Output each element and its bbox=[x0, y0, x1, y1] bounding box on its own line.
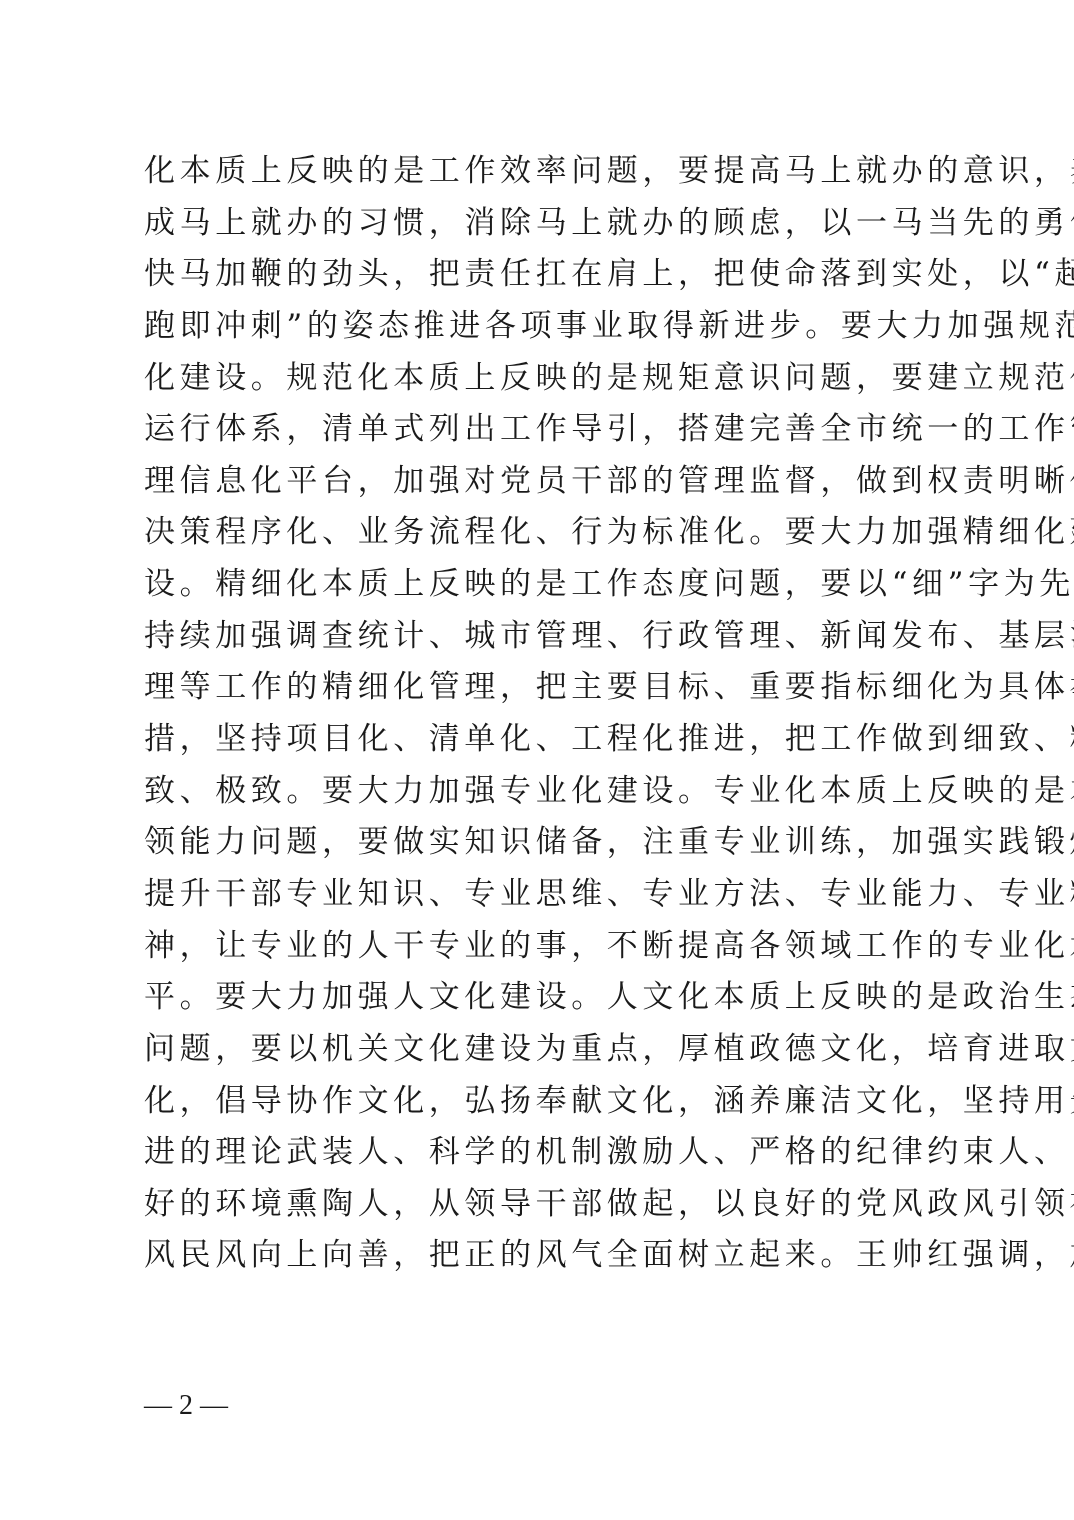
text-line: 措，坚持项目化、清单化、工程化推进，把工作做到细致、精 bbox=[144, 714, 934, 766]
text-line: 进的理论武装人、科学的机制激励人、严格的纪律约束人、良 bbox=[144, 1127, 934, 1179]
text-line: 理等工作的精细化管理，把主要目标、重要指标细化为具体举 bbox=[144, 662, 934, 714]
text-line: 理信息化平台，加强对党员干部的管理监督，做到权责明晰化、 bbox=[144, 456, 934, 508]
text-line: 提升干部专业知识、专业思维、专业方法、专业能力、专业精 bbox=[144, 869, 934, 921]
text-line: 致、极致。要大力加强专业化建设。专业化本质上反映的是本 bbox=[144, 766, 934, 818]
text-line: 风民风向上向善，把正的风气全面树立起来。王帅红强调，加 bbox=[144, 1230, 934, 1282]
text-line: 问题，要以机关文化建设为重点，厚植政德文化，培育进取文 bbox=[144, 1024, 934, 1076]
text-line: 化建设。规范化本质上反映的是规矩意识问题，要建立规范化 bbox=[144, 353, 934, 405]
text-line: 平。要大力加强人文化建设。人文化本质上反映的是政治生态 bbox=[144, 972, 934, 1024]
text-line: 持续加强调查统计、城市管理、行政管理、新闻发布、基层治 bbox=[144, 611, 934, 663]
text-line: 快马加鞭的劲头，把责任扛在肩上，把使命落到实处，以“起 bbox=[144, 249, 934, 301]
text-line: 决策程序化、业务流程化、行为标准化。要大力加强精细化建 bbox=[144, 507, 934, 559]
text-line: 好的环境熏陶人，从领导干部做起，以良好的党风政风引领社 bbox=[144, 1179, 934, 1231]
text-line: 化，倡导协作文化，弘扬奉献文化，涵养廉洁文化，坚持用先 bbox=[144, 1076, 934, 1128]
body-paragraph: 化本质上反映的是工作效率问题，要提高马上就办的意识，养 成马上就办的习惯，消除马… bbox=[144, 146, 934, 1282]
text-line: 跑即冲刺”的姿态推进各项事业取得新进步。要大力加强规范 bbox=[144, 301, 934, 353]
text-line: 成马上就办的习惯，消除马上就办的顾虑，以一马当先的勇气、 bbox=[144, 198, 934, 250]
page-number: — 2 — bbox=[144, 1390, 228, 1422]
text-line: 神，让专业的人干专业的事，不断提高各领域工作的专业化水 bbox=[144, 921, 934, 973]
text-line: 运行体系，清单式列出工作导引，搭建完善全市统一的工作管 bbox=[144, 404, 934, 456]
text-line: 领能力问题，要做实知识储备，注重专业训练，加强实践锻炼， bbox=[144, 817, 934, 869]
document-page: 化本质上反映的是工作效率问题，要提高马上就办的意识，养 成马上就办的习惯，消除马… bbox=[0, 0, 1074, 1520]
text-line: 化本质上反映的是工作效率问题，要提高马上就办的意识，养 bbox=[144, 146, 934, 198]
text-line: 设。精细化本质上反映的是工作态度问题，要以“细”字为先， bbox=[144, 559, 934, 611]
